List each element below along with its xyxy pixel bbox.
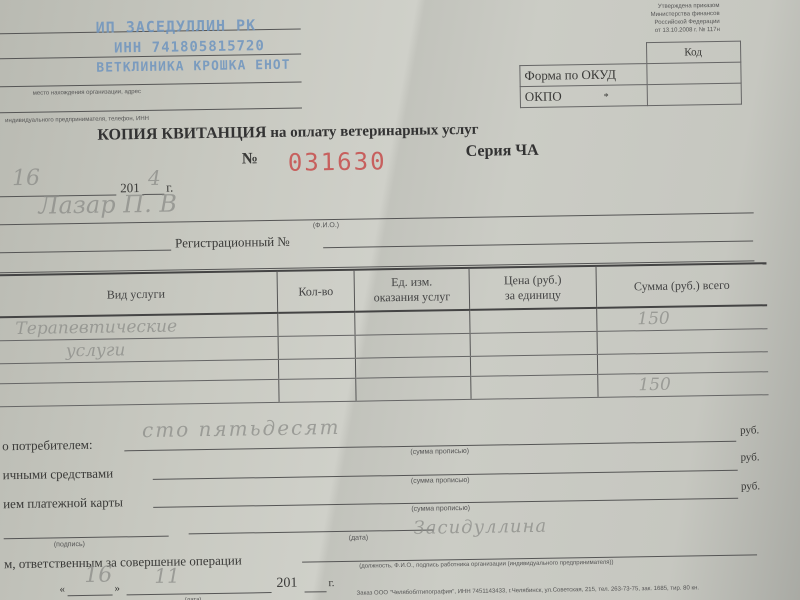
currency-1: руб. xyxy=(740,424,759,436)
title-rest: на оплату ветеринарных услуг xyxy=(270,122,478,141)
services-table: Вид услуги Кол-во Ед. изм.оказания услуг… xyxy=(0,262,769,407)
price-cell xyxy=(470,308,597,333)
price-cell xyxy=(470,331,597,356)
unit-cell xyxy=(355,333,470,358)
phone-inn-caption: индивидуального предпринимателя, телефон… xyxy=(5,116,149,124)
bottom-year-suffix: г. xyxy=(328,577,334,589)
approval-line: от 13.10.2008 г. № 117н xyxy=(651,26,720,35)
col-unit: Ед. изм.оказания услуг xyxy=(354,268,470,312)
price-cell xyxy=(471,374,598,399)
okpo-value xyxy=(647,83,741,105)
col-sum: Сумма (руб.) всего xyxy=(596,263,767,308)
price-cell xyxy=(470,354,597,376)
date-caption: (дата) xyxy=(349,535,369,542)
date-open-quote: « xyxy=(59,583,65,595)
stamp-line-2: ИНН 741805815720 xyxy=(114,38,265,56)
col-qty: Кол-во xyxy=(277,270,355,313)
qty-cell xyxy=(279,378,356,402)
sign-caption: (подпись) xyxy=(54,541,85,548)
sum-cell xyxy=(597,329,768,355)
unit-cell xyxy=(355,356,470,378)
okpo-label-text: ОКПО xyxy=(525,88,562,104)
sum-caption-2: (сумма прописью) xyxy=(411,477,470,485)
col-price: Цена (руб.)за единицу xyxy=(469,266,597,310)
cash-label: ичными средствами xyxy=(3,466,114,484)
codes-table: Код Форма по ОКУД ОКПО* xyxy=(519,41,741,108)
responsible-handwritten: Засидуллина xyxy=(413,516,547,539)
paid-amount-handwritten: сто пятьдесят xyxy=(142,415,341,442)
currency-2: руб. xyxy=(740,451,759,463)
approval-note: Утверждена приказом Министерства финансо… xyxy=(650,2,720,35)
codes-header: Код xyxy=(646,41,740,63)
unit-cell xyxy=(355,310,470,335)
responsible-label: м, ответственным за совершение операции xyxy=(4,553,242,573)
okpo-label: ОКПО* xyxy=(520,84,647,107)
year-handwritten: 4 xyxy=(148,166,161,190)
total-sum-cell: 150 xyxy=(598,372,769,398)
card-label: ием платежной карты xyxy=(3,494,123,512)
okud-label: Форма по ОКУД xyxy=(520,63,647,86)
unit-cell xyxy=(356,376,471,401)
responsible-caption: (должность, Ф.И.О., подпись работника ор… xyxy=(359,560,613,570)
qty-cell xyxy=(278,312,355,337)
okpo-mark: * xyxy=(604,91,609,102)
stamp-line-1: ИП ЗАСЕДУЛЛИН РК xyxy=(96,16,257,37)
stamp-line-3: ВЕТКЛИНИКА КРОШКА ЕНОТ xyxy=(96,58,290,76)
printer-footer: Заказ ООО "Челябоблтипография", ИНН 7451… xyxy=(357,585,700,596)
customer-name-handwritten: Лазар П. В xyxy=(38,189,177,219)
sum-caption-3: (сумма прописью) xyxy=(411,505,470,513)
number-sign: № xyxy=(242,150,258,168)
paid-label: о потребителем: xyxy=(2,437,93,454)
qty-cell xyxy=(278,358,355,379)
address-caption: место нахождения организации, адрес xyxy=(33,89,141,97)
document-title: КОПИЯ КВИТАНЦИЯ на оплату ветеринарных у… xyxy=(97,121,478,145)
fio-caption: (Ф.И.О.) xyxy=(313,222,339,229)
date-month-handwritten: 11 xyxy=(154,563,180,587)
receipt-number: 031630 xyxy=(288,147,387,177)
registration-label: Регистрационный № xyxy=(175,234,290,252)
sum-cell xyxy=(597,352,768,375)
date-day-handwritten: 16 xyxy=(12,166,40,191)
sum-caption-1: (сумма прописью) xyxy=(410,448,469,456)
okud-value xyxy=(646,62,740,84)
sum-cell: 150 xyxy=(597,305,768,331)
service-cell xyxy=(0,379,279,406)
title-bold: КОПИЯ КВИТАНЦИЯ xyxy=(97,124,266,144)
receipt-series: Серия ЧА xyxy=(466,142,539,161)
service-cell: услуги xyxy=(0,336,278,363)
receipt-document: место нахождения организации, адрес инди… xyxy=(0,0,800,600)
date-day-handwritten: 16 xyxy=(84,563,112,588)
col-service: Вид услуги xyxy=(0,271,278,317)
qty-cell xyxy=(278,335,355,359)
bottom-year-prefix: 201 xyxy=(276,576,297,592)
date-close-quote: » xyxy=(114,582,120,594)
currency-3: руб. xyxy=(741,480,760,492)
